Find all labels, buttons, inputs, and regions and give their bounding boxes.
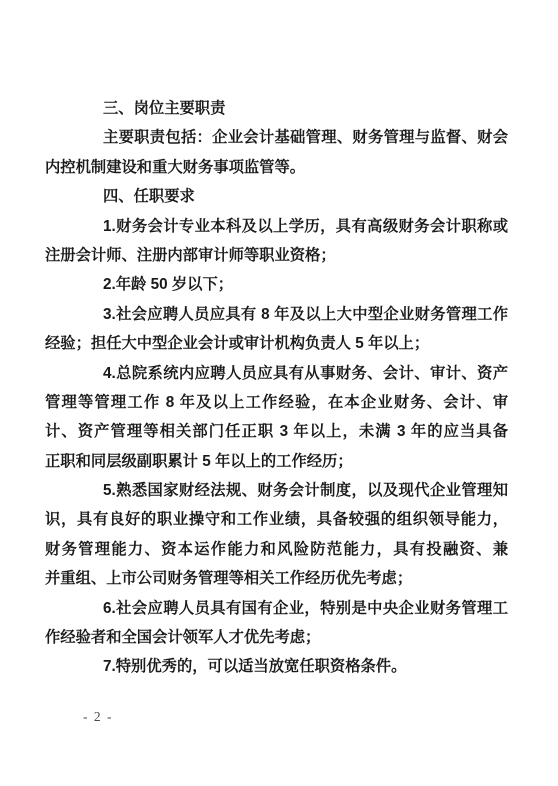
document-line: 1.财务会计专业本科及以上学历，具有高级财务会计职称或 <box>45 212 508 241</box>
document-page: 三、岗位主要职责主要职责包括：企业会计基础管理、财务管理与监督、财会内控机制建设… <box>0 0 558 786</box>
document-line: 4.总院系统内应聘人员应具有从事财务、会计、审计、资产 <box>45 359 508 388</box>
section-heading-line: 三、岗位主要职责 <box>45 94 508 123</box>
document-line: 正职和同层级副职累计 5 年以上的工作经历； <box>45 447 508 476</box>
document-line: 7.特别优秀的，可以适当放宽任职资格条件。 <box>45 652 508 681</box>
section-heading-line: 四、任职要求 <box>45 182 508 211</box>
document-line: 2.年龄 50 岁以下； <box>45 270 508 299</box>
page-number: - 2 - <box>83 709 113 725</box>
document-line: 注册会计师、注册内部审计师等职业资格； <box>45 241 508 270</box>
document-line: 6.社会应聘人员具有国有企业，特别是中央企业财务管理工 <box>45 594 508 623</box>
document-line: 5.熟悉国家财经法规、财务会计制度，以及现代企业管理知 <box>45 476 508 505</box>
document-line: 管理等管理工作 8 年及以上工作经验，在本企业财务、会计、审 <box>45 388 508 417</box>
document-line: 主要职责包括：企业会计基础管理、财务管理与监督、财会 <box>45 123 508 152</box>
document-content: 三、岗位主要职责主要职责包括：企业会计基础管理、财务管理与监督、财会内控机制建设… <box>45 94 508 682</box>
document-line: 财务管理能力、资本运作能力和风险防范能力，具有投融资、兼 <box>45 535 508 564</box>
document-line: 计、资产管理等相关部门任正职 3 年以上，未满 3 年的应当具备 <box>45 417 508 446</box>
document-line: 经验；担任大中型企业会计或审计机构负责人 5 年以上； <box>45 329 508 358</box>
document-line: 并重组、上市公司财务管理等相关工作经历优先考虑； <box>45 564 508 593</box>
document-line: 识，具有良好的职业操守和工作业绩，具备较强的组织领导能力， <box>45 505 508 534</box>
document-line: 内控机制建设和重大财务事项监管等。 <box>45 153 508 182</box>
document-line: 3.社会应聘人员应具有 8 年及以上大中型企业财务管理工作 <box>45 300 508 329</box>
document-line: 作经验者和全国会计领军人才优先考虑； <box>45 623 508 652</box>
